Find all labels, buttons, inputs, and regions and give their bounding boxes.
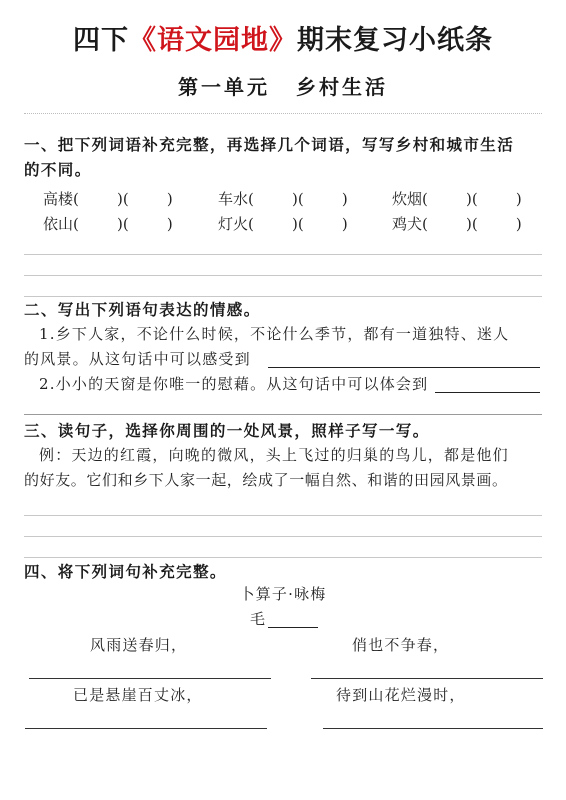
page-title: 四下《语文园地》期末复习小纸条 xyxy=(0,18,566,57)
poem-author-blank[interactable] xyxy=(268,611,318,628)
word-fill-item[interactable]: 依山( )( ) xyxy=(43,213,173,234)
writing-line[interactable] xyxy=(24,515,542,516)
section2-question: 二、写出下列语句表达的情感。 xyxy=(24,297,261,322)
section2-item1-line2: 的风景。从这句话中可以感受到 xyxy=(24,347,251,372)
title-highlight: 《语文园地》 xyxy=(129,25,297,56)
section3-example-line2: 的好友。它们和乡下人家一起，绘成了一幅自然、和谐的田园风景画。 xyxy=(24,468,554,493)
word-fill-item[interactable]: 高楼( )( ) xyxy=(43,188,173,209)
poem-author: 毛 xyxy=(250,607,266,632)
poem-title: 卜算子·咏梅 xyxy=(0,582,566,607)
poem-answer-blank[interactable] xyxy=(323,728,543,729)
subtitle-unit: 第一单元 xyxy=(178,75,270,99)
word-fill-item[interactable]: 鸡犬( )( ) xyxy=(392,213,522,234)
subtitle-theme: 乡村生活 xyxy=(296,75,388,99)
poem-line-left-2: 已是悬崖百丈冰， xyxy=(73,683,203,708)
section4-question: 四、将下列词句补充完整。 xyxy=(24,559,227,584)
section2-item1-line1: 1.乡下人家，不论什么时候，不论什么季节，都有一道独特、迷人 xyxy=(39,322,549,347)
section2-answer-blank-2[interactable] xyxy=(435,376,540,393)
word-fill-item[interactable]: 灯火( )( ) xyxy=(218,213,348,234)
poem-answer-blank[interactable] xyxy=(311,678,543,679)
poem-line-right-1: 俏也不争春， xyxy=(352,633,449,658)
header-divider xyxy=(24,113,542,114)
section1-question: 一、把下列词语补充完整，再选择几个词语，写写乡村和城市生活 的不同。 xyxy=(24,132,554,182)
section3-example-line1: 例：天边的红霞，向晚的微风，头上飞过的归巢的鸟儿，都是他们 xyxy=(39,443,549,468)
word-fill-item[interactable]: 炊烟( )( ) xyxy=(392,188,522,209)
section1-question-line2: 的不同。 xyxy=(24,157,554,182)
writing-line[interactable] xyxy=(24,536,542,537)
poem-line-right-2: 待到山花烂漫时， xyxy=(336,683,466,708)
writing-line[interactable] xyxy=(24,254,542,255)
page-subtitle: 第一单元乡村生活 xyxy=(0,71,566,100)
section1-question-line1: 一、把下列词语补充完整，再选择几个词语，写写乡村和城市生活 xyxy=(24,132,554,157)
word-fill-item[interactable]: 车水( )( ) xyxy=(218,188,348,209)
section-divider xyxy=(24,414,542,415)
writing-line[interactable] xyxy=(24,557,542,558)
poem-line-left-1: 风雨送春归， xyxy=(90,633,187,658)
poem-answer-blank[interactable] xyxy=(25,728,267,729)
poem-answer-blank[interactable] xyxy=(29,678,271,679)
section2-item2: 2.小小的天窗是你唯一的慰藉。从这句话中可以体会到 xyxy=(39,372,428,397)
title-suffix: 期末复习小纸条 xyxy=(297,25,493,56)
section2-answer-blank-1[interactable] xyxy=(268,351,540,368)
title-prefix: 四下 xyxy=(73,25,129,56)
section3-question: 三、读句子，选择你周围的一处风景，照样子写一写。 xyxy=(24,418,430,443)
writing-line[interactable] xyxy=(24,275,542,276)
